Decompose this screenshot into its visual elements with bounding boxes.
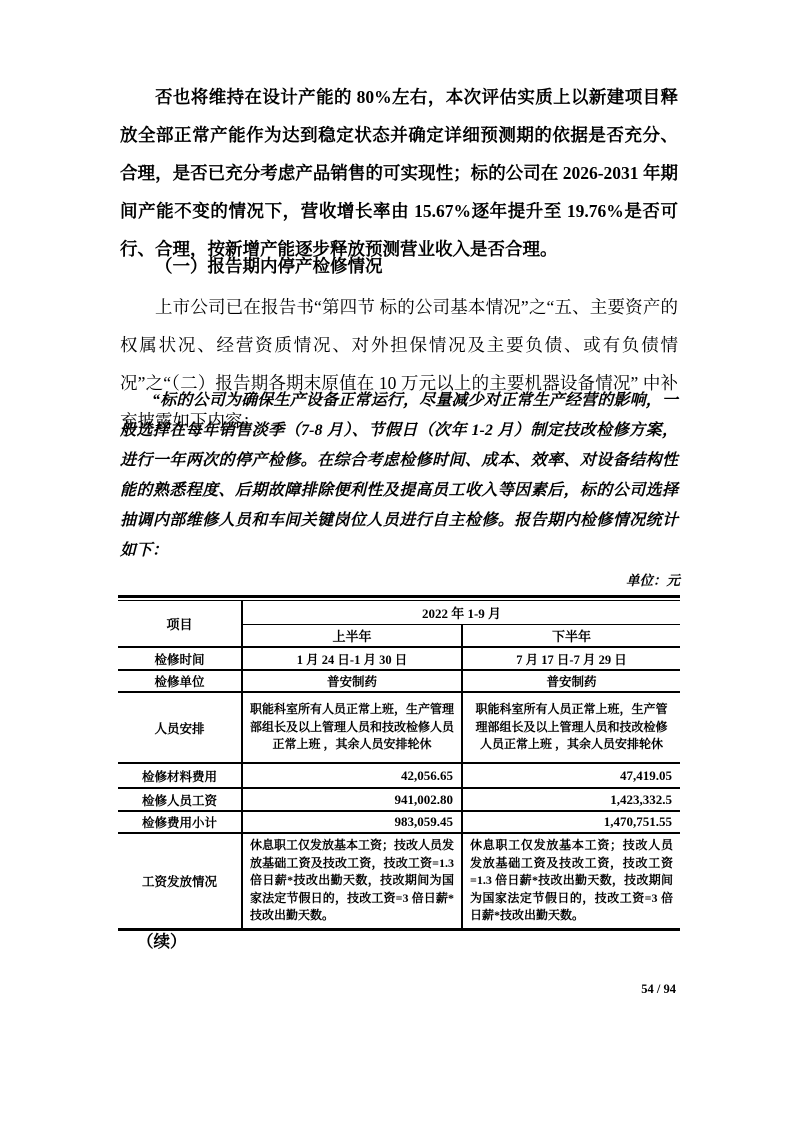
table-row-staff-arrangement: 人员安排 职能科室所有人员正常上班，生产管理部组长及以上管理人员和技改检修人员正… bbox=[118, 692, 680, 763]
cell-first-half: 1 月 24 日-1 月 30 日 bbox=[242, 647, 462, 670]
header-cell-second-half: 下半年 bbox=[462, 625, 680, 648]
row-label: 人员安排 bbox=[118, 692, 242, 763]
table-row-staff-wages: 检修人员工资 941,002.80 1,423,332.5 bbox=[118, 788, 680, 811]
table-row-maintenance-unit: 检修单位 普安制药 普安制药 bbox=[118, 670, 680, 692]
header-cell-first-half: 上半年 bbox=[242, 625, 462, 648]
cell-second-half: 7 月 17 日-7 月 29 日 bbox=[462, 647, 680, 670]
cell-first-half: 983,059.45 bbox=[242, 811, 462, 833]
table-row-material-cost: 检修材料费用 42,056.65 47,419.05 bbox=[118, 763, 680, 788]
cell-second-half: 普安制药 bbox=[462, 670, 680, 692]
maintenance-table-wrapper: 项目 2022 年 1-9 月 上半年 下半年 检修时间 1 月 24 日-1 … bbox=[118, 595, 680, 931]
maintenance-table: 项目 2022 年 1-9 月 上半年 下半年 检修时间 1 月 24 日-1 … bbox=[118, 600, 680, 928]
cell-first-half: 休息职工仅发放基本工资；技改人员发放基础工资及技改工资，技改工资=1.3 倍日薪… bbox=[242, 833, 462, 928]
unit-label: 单位：元 bbox=[120, 569, 680, 589]
cell-first-half: 普安制药 bbox=[242, 670, 462, 692]
table-row-maintenance-time: 检修时间 1 月 24 日-1 月 30 日 7 月 17 日-7 月 29 日 bbox=[118, 647, 680, 670]
cell-second-half: 1,470,751.55 bbox=[462, 811, 680, 833]
header-cell-item: 项目 bbox=[118, 601, 242, 648]
table-row-wage-payment: 工资发放情况 休息职工仅发放基本工资；技改人员发放基础工资及技改工资，技改工资=… bbox=[118, 833, 680, 928]
table-row-cost-subtotal: 检修费用小计 983,059.45 1,470,751.55 bbox=[118, 811, 680, 833]
continued-label: （续） bbox=[137, 928, 187, 952]
row-label: 检修人员工资 bbox=[118, 788, 242, 811]
row-label: 检修材料费用 bbox=[118, 763, 242, 788]
paragraph-maintenance-quote: “标的公司为确保生产设备正常运行，尽量减少对正常生产经营的影响，一般选择在每年销… bbox=[120, 386, 678, 566]
row-label: 检修费用小计 bbox=[118, 811, 242, 833]
cell-first-half: 941,002.80 bbox=[242, 788, 462, 811]
cell-second-half: 职能科室所有人员正常上班，生产管理部组长及以上管理人员和技改检修人员正常上班 ，… bbox=[462, 692, 680, 763]
document-page: 否也将维持在设计产能的 80%左右，本次评估实质上以新建项目释放全部正常产能作为… bbox=[0, 0, 793, 1122]
cell-first-half: 42,056.65 bbox=[242, 763, 462, 788]
row-label: 工资发放情况 bbox=[118, 833, 242, 928]
cell-second-half: 47,419.05 bbox=[462, 763, 680, 788]
section-heading-maintenance: （一）报告期内停产检修情况 bbox=[155, 253, 383, 279]
row-label: 检修时间 bbox=[118, 647, 242, 670]
row-label: 检修单位 bbox=[118, 670, 242, 692]
page-number: 54 / 94 bbox=[641, 982, 676, 997]
cell-second-half: 休息职工仅发放基本工资；技改人员发放基础工资及技改工资，技改工资=1.3 倍日薪… bbox=[462, 833, 680, 928]
cell-second-half: 1,423,332.5 bbox=[462, 788, 680, 811]
table-header-row-period: 项目 2022 年 1-9 月 bbox=[118, 601, 680, 625]
header-cell-period: 2022 年 1-9 月 bbox=[242, 601, 680, 625]
cell-first-half: 职能科室所有人员正常上班，生产管理部组长及以上管理人员和技改检修人员正常上班 ，… bbox=[242, 692, 462, 763]
paragraph-production-capacity: 否也将维持在设计产能的 80%左右，本次评估实质上以新建项目释放全部正常产能作为… bbox=[120, 78, 678, 268]
